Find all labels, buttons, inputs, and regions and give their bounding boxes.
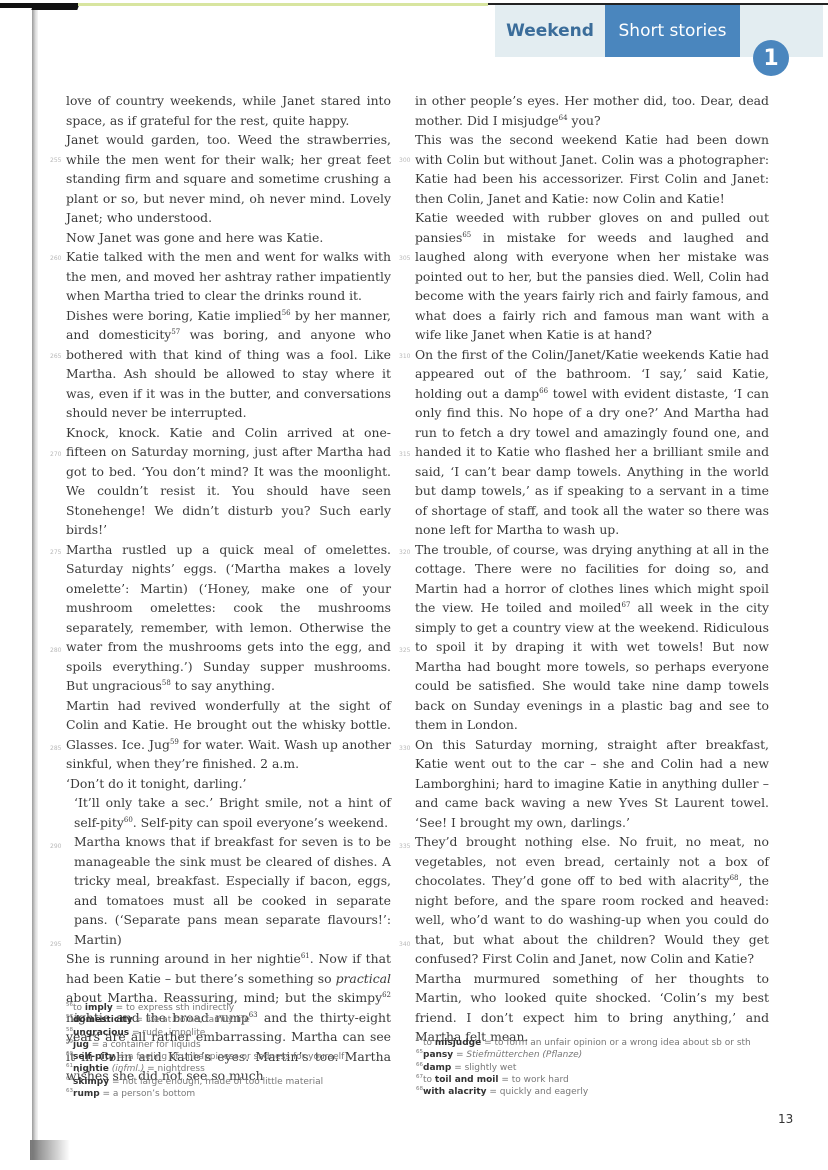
paragraph: Katie talked with the men and went for w…: [66, 247, 391, 306]
category-label: Short stories: [605, 5, 740, 57]
paragraph: The trouble, of course, was drying anyth…: [415, 540, 769, 735]
story-column-left: love of country weekends, while Janet st…: [66, 91, 391, 1086]
paragraph: Now Janet was gone and here was Katie.: [66, 228, 391, 248]
line-number: 315: [399, 451, 410, 458]
story-column-right: in other people’s eyes. Her mother did, …: [415, 91, 769, 1047]
book-gutter-shadow: [30, 1140, 70, 1160]
paragraph: On this Saturday morning, straight after…: [415, 735, 769, 833]
line-number: 260: [50, 255, 61, 262]
glossary-item: 57domesticity = life at home, family lif…: [66, 1014, 386, 1026]
glossary-item: 56to imply = to express sth indirectly: [66, 1002, 386, 1014]
line-number: 290: [50, 843, 61, 850]
paragraph: On the first of the Colin/Janet/Katie we…: [415, 345, 769, 540]
paragraph: This was the second weekend Katie had be…: [415, 130, 769, 208]
paragraph: Martha murmured something of her thought…: [415, 969, 769, 1047]
paragraph: Martha knows that if breakfast for seven…: [66, 832, 391, 949]
line-number: 300: [399, 157, 410, 164]
glossary-item: 67to toil and moil = to work hard: [416, 1074, 776, 1086]
top-rule-corner: [31, 6, 78, 10]
section-label: Weekend: [495, 5, 605, 57]
glossary-right: 64to misjudge = to form an unfair opinio…: [416, 1037, 776, 1098]
glossary-item: 58ungracious = rude, impolite: [66, 1027, 386, 1039]
page-number: 13: [778, 1112, 793, 1126]
line-number: 285: [50, 745, 61, 752]
unit-number-badge: 1: [753, 40, 789, 76]
top-rule-accent: [78, 3, 488, 6]
glossary-item: 60self-pity = a feeling of unhappiness o…: [66, 1051, 386, 1063]
paragraph: Martha rustled up a quick meal of omelet…: [66, 540, 391, 696]
line-number: 335: [399, 843, 410, 850]
glossary-item: 63rump = a person’s bottom: [66, 1088, 386, 1100]
paragraph: Martin had revived wonderfully at the si…: [66, 696, 391, 774]
glossary-item: 64to misjudge = to form an unfair opinio…: [416, 1037, 776, 1049]
line-number: 295: [50, 941, 61, 948]
line-number: 340: [399, 941, 410, 948]
paragraph: Dishes were boring, Katie implied56 by h…: [66, 306, 391, 423]
line-number: 270: [50, 451, 61, 458]
paragraph: Katie weeded with rubber gloves on and p…: [415, 208, 769, 345]
paragraph: ‘It’ll only take a sec.’ Bright smile, n…: [66, 793, 391, 832]
paragraph: in other people’s eyes. Her mother did, …: [415, 91, 769, 130]
line-number: 310: [399, 353, 410, 360]
line-number: 280: [50, 647, 61, 654]
paragraph: They’d brought nothing else. No fruit, n…: [415, 832, 769, 969]
glossary-item: 62skimpy = not large enough, made of too…: [66, 1076, 386, 1088]
glossary-item: 59jug = a container for liquids: [66, 1039, 386, 1051]
paragraph: Knock, knock. Katie and Colin arrived at…: [66, 423, 391, 540]
glossary-item: 66damp = slightly wet: [416, 1062, 776, 1074]
paragraph: Janet would garden, too. Weed the strawb…: [66, 130, 391, 228]
glossary-item: 61nightie (infml.) = nightdress: [66, 1063, 386, 1075]
line-number: 255: [50, 157, 61, 164]
line-number: 275: [50, 549, 61, 556]
book-gutter: [32, 10, 38, 1160]
line-number: 320: [399, 549, 410, 556]
glossary-item: 65pansy = Stiefmütterchen (Pflanze): [416, 1049, 776, 1061]
glossary-item: 68with alacrity = quickly and eagerly: [416, 1086, 776, 1098]
line-number: 325: [399, 647, 410, 654]
line-number: 265: [50, 353, 61, 360]
paragraph: love of country weekends, while Janet st…: [66, 91, 391, 130]
paragraph: ‘Don’t do it tonight, darling.’: [66, 774, 391, 794]
glossary-left: 56to imply = to express sth indirectly 5…: [66, 1002, 386, 1100]
line-number: 330: [399, 745, 410, 752]
line-number: 305: [399, 255, 410, 262]
